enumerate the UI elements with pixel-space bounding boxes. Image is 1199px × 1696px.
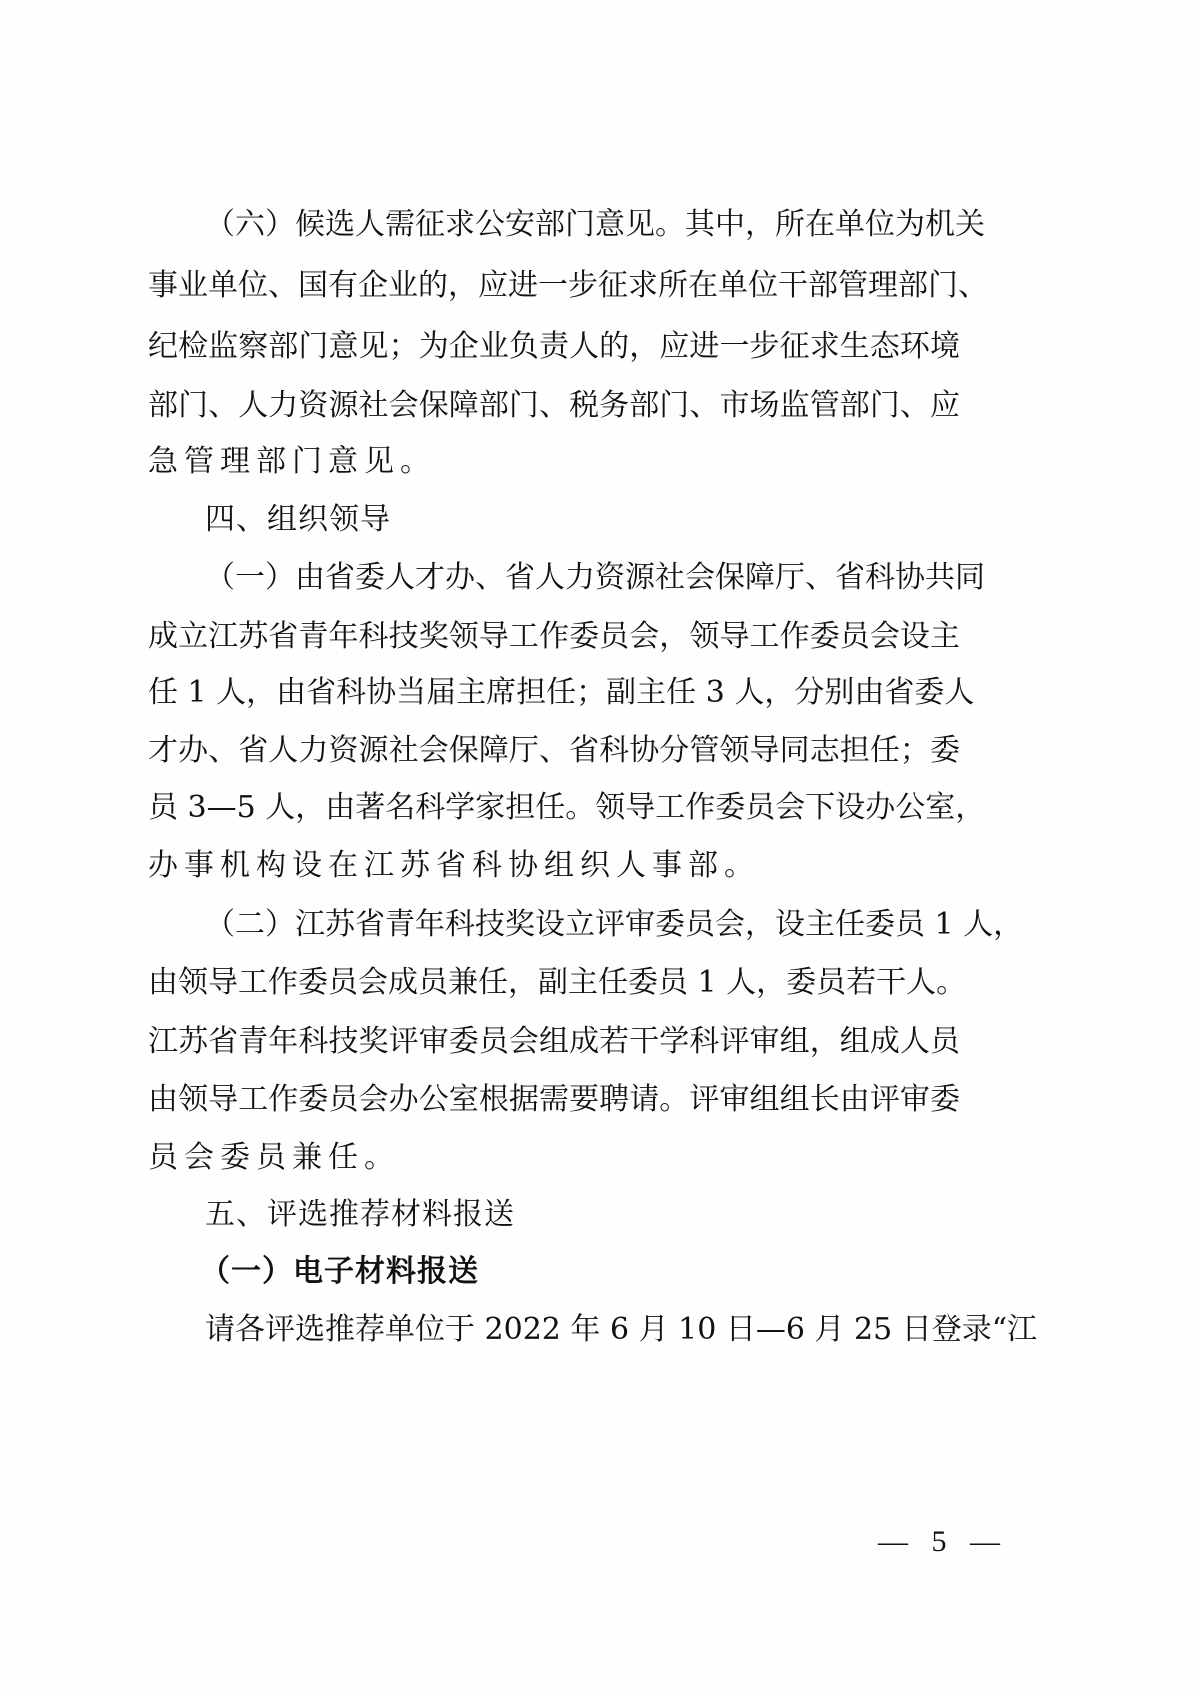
- paragraph-line: 部门、人力资源社会保障部门、税务部门、市场监管部门、应: [148, 386, 960, 426]
- section-heading: 四、组织领导: [205, 500, 391, 540]
- paragraph-line: 请各评选推荐单位于 2022 年 6 月 10 日—6 月 25 日登录“江: [205, 1310, 960, 1350]
- paragraph-line: 由领导工作委员会成员兼任，副主任委员 1 人，委员若干人。: [148, 963, 960, 1003]
- paragraph-line: 才办、省人力资源社会保障厅、省科协分管领导同志担任；委: [148, 731, 960, 771]
- paragraph-line: 员 3—5 人，由著名科学家担任。领导工作委员会下设办公室，: [148, 788, 960, 828]
- paragraph-line: 员会委员兼任。: [148, 1138, 960, 1178]
- paragraph-line: 事业单位、国有企业的，应进一步征求所在单位干部管理部门、: [148, 266, 960, 306]
- paragraph-line: （一）由省委人才办、省人力资源社会保障厅、省科协共同: [205, 558, 960, 598]
- paragraph-line: 江苏省青年科技奖评审委员会组成若干学科评审组，组成人员: [148, 1022, 960, 1062]
- paragraph-line: 纪检监察部门意见；为企业负责人的，应进一步征求生态环境: [148, 327, 960, 367]
- paragraph-line: 由领导工作委员会办公室根据需要聘请。评审组组长由评审委: [148, 1080, 960, 1120]
- document-page: （六）候选人需征求公安部门意见。其中，所在单位为机关 事业单位、国有企业的，应进…: [0, 0, 1199, 1696]
- paragraph-line: 成立江苏省青年科技奖领导工作委员会，领导工作委员会设主: [148, 617, 960, 657]
- paragraph-line: 办事机构设在江苏省科协组织人事部。: [148, 846, 960, 886]
- paragraph-line: （二）江苏省青年科技奖设立评审委员会，设主任委员 1 人，: [205, 905, 960, 945]
- section-heading: 五、评选推荐材料报送: [205, 1195, 515, 1235]
- paragraph-line: 任 1 人，由省科协当届主席担任；副主任 3 人，分别由省委人: [148, 673, 960, 713]
- paragraph-line: （六）候选人需征求公安部门意见。其中，所在单位为机关: [205, 205, 960, 245]
- paragraph-line: 急管理部门意见。: [148, 442, 960, 482]
- page-number: — 5 —: [878, 1522, 1008, 1562]
- subsection-heading: （一）电子材料报送: [200, 1252, 479, 1292]
